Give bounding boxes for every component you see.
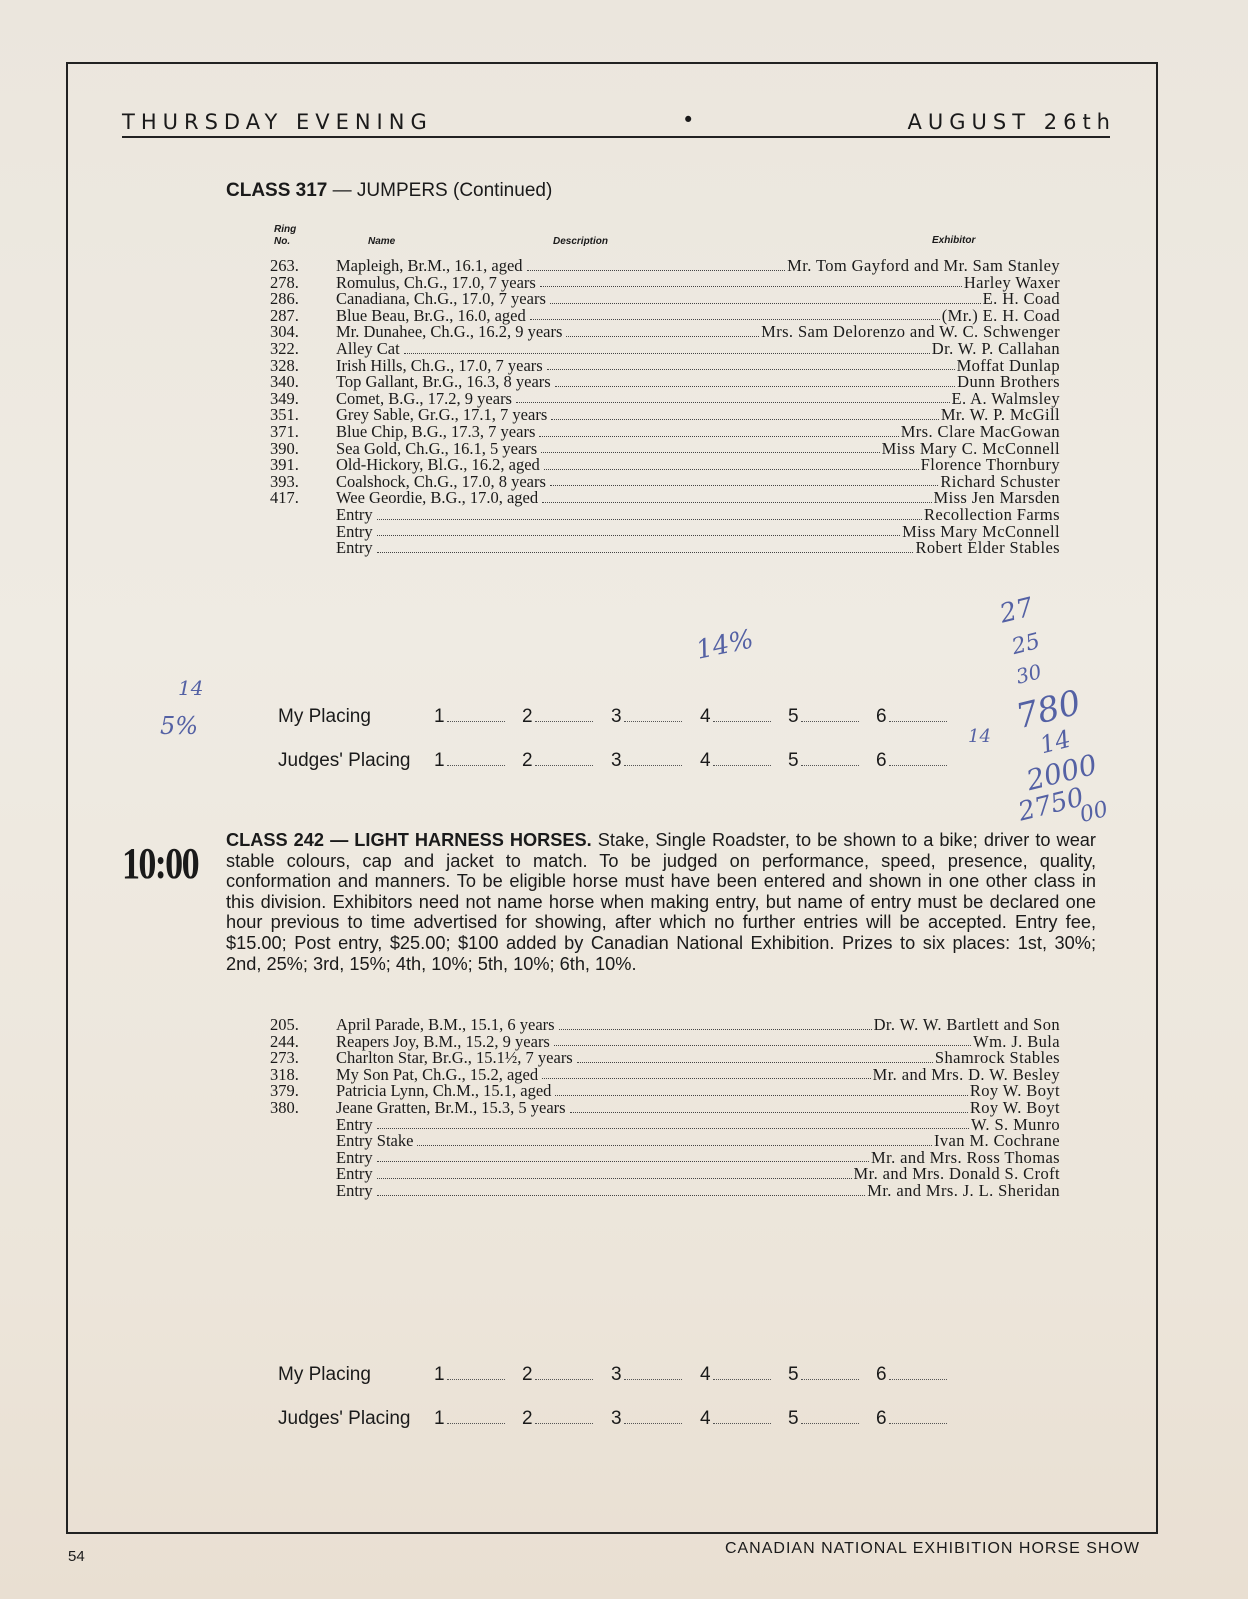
- class-317-name: — JUMPERS (Continued): [333, 180, 553, 201]
- entry-row: EntryMr. and Mrs. J. L. Sheridan: [270, 1183, 1060, 1200]
- my-placing-slot[interactable]: 3: [611, 1364, 682, 1386]
- horse-description: Entry: [336, 1183, 377, 1200]
- slot-blank[interactable]: [713, 1379, 771, 1380]
- slot-number: 4: [700, 750, 711, 771]
- col-exhibitor: Exhibitor: [932, 235, 975, 246]
- slot-number: 6: [876, 706, 887, 727]
- publication-title: CANADIAN NATIONAL EXHIBITION HORSE SHOW: [725, 1540, 1140, 1558]
- slot-blank[interactable]: [624, 721, 682, 722]
- dot-leader: [555, 1095, 967, 1096]
- ring-number: 417.: [270, 490, 336, 507]
- slot-number: 1: [434, 1408, 445, 1429]
- col-name: Name: [368, 236, 395, 247]
- dot-leader: [550, 303, 981, 304]
- dot-leader: [577, 1062, 933, 1063]
- judges-placing-slot[interactable]: 2: [522, 1408, 593, 1430]
- my-placing-slot[interactable]: 4: [700, 706, 771, 728]
- slot-number: 2: [522, 1364, 533, 1385]
- slot-blank[interactable]: [447, 721, 505, 722]
- slot-number: 1: [434, 750, 445, 771]
- judges-placing-slot[interactable]: 6: [876, 1408, 947, 1430]
- slot-number: 4: [700, 1364, 711, 1385]
- judges-placing-slot[interactable]: 3: [611, 750, 682, 772]
- slot-blank[interactable]: [624, 1379, 682, 1380]
- slot-number: 1: [434, 1364, 445, 1385]
- ring-number: 380.: [270, 1100, 336, 1117]
- slot-blank[interactable]: [889, 765, 947, 766]
- dot-leader: [540, 286, 962, 287]
- my-placing-slot[interactable]: 2: [522, 706, 593, 728]
- dot-leader: [550, 485, 939, 486]
- handwriting-left-bottom: 5%: [160, 712, 198, 740]
- dot-leader: [377, 1161, 869, 1162]
- class-242-time: 10:00: [122, 838, 198, 889]
- class-242-placing: My Placing123456Judges' Placing123456: [278, 1364, 978, 1452]
- slot-blank[interactable]: [801, 1423, 859, 1424]
- slot-blank[interactable]: [624, 765, 682, 766]
- my-placing-slot[interactable]: 5: [788, 1364, 859, 1386]
- dot-leader: [555, 386, 955, 387]
- dot-leader: [377, 535, 900, 536]
- header-separator: •: [682, 108, 694, 132]
- slot-blank[interactable]: [447, 765, 505, 766]
- my-placing-slot[interactable]: 4: [700, 1364, 771, 1386]
- header-day: THURSDAY EVENING: [122, 110, 433, 134]
- slot-number: 6: [876, 750, 887, 771]
- slot-number: 2: [522, 706, 533, 727]
- my-placing-row: My Placing123456: [278, 706, 978, 750]
- slot-blank[interactable]: [447, 1379, 505, 1380]
- slot-blank[interactable]: [713, 1423, 771, 1424]
- dot-leader: [377, 552, 914, 553]
- slot-blank[interactable]: [801, 721, 859, 722]
- class-317-entries: 263.Mapleigh, Br.M., 16.1, agedMr. Tom G…: [270, 258, 1060, 557]
- handwriting-right-margin: 14: [968, 726, 991, 747]
- dot-leader: [554, 1045, 971, 1046]
- dot-leader: [542, 502, 931, 503]
- slot-blank[interactable]: [624, 1423, 682, 1424]
- my-placing-slot[interactable]: 1: [434, 1364, 505, 1386]
- slot-number: 6: [876, 1364, 887, 1385]
- header-date: AUGUST 26th: [908, 110, 1116, 134]
- exhibitor: Mr. and Mrs. J. L. Sheridan: [865, 1183, 1060, 1200]
- slot-number: 5: [788, 706, 799, 727]
- slot-blank[interactable]: [535, 721, 593, 722]
- slot-blank[interactable]: [801, 765, 859, 766]
- judges-placing-label: Judges' Placing: [278, 1408, 411, 1430]
- slot-blank[interactable]: [535, 765, 593, 766]
- dot-leader: [542, 1078, 871, 1079]
- dot-leader: [570, 1112, 968, 1113]
- dot-leader: [377, 1128, 969, 1129]
- horse-description: Entry: [336, 540, 377, 557]
- col-description: Description: [553, 236, 608, 247]
- slot-number: 6: [876, 1408, 887, 1429]
- class-317-label: CLASS 317: [226, 180, 327, 201]
- page-number: 54: [68, 1548, 85, 1565]
- slot-number: 3: [611, 1364, 622, 1385]
- dot-leader: [559, 1029, 872, 1030]
- slot-number: 3: [611, 1408, 622, 1429]
- dot-leader: [566, 336, 759, 337]
- dot-leader: [539, 436, 898, 437]
- judges-placing-slot[interactable]: 1: [434, 750, 505, 772]
- class-317-placing: My Placing123456Judges' Placing123456: [278, 706, 978, 794]
- slot-blank[interactable]: [889, 721, 947, 722]
- judges-placing-row: Judges' Placing123456: [278, 750, 978, 794]
- slot-number: 4: [700, 706, 711, 727]
- dot-leader: [547, 369, 955, 370]
- dot-leader: [417, 1145, 932, 1146]
- dot-leader: [516, 402, 950, 403]
- my-placing-row: My Placing123456: [278, 1364, 978, 1408]
- judges-placing-slot[interactable]: 5: [788, 750, 859, 772]
- my-placing-slot[interactable]: 1: [434, 706, 505, 728]
- exhibitor: Robert Elder Stables: [913, 540, 1060, 557]
- judges-placing-slot[interactable]: 4: [700, 1408, 771, 1430]
- page-header: THURSDAY EVENING • AUGUST 26th: [122, 110, 1110, 138]
- col-ring-no: Ring No.: [274, 224, 304, 248]
- slot-blank[interactable]: [889, 1379, 947, 1380]
- judges-placing-slot[interactable]: 3: [611, 1408, 682, 1430]
- my-placing-slot[interactable]: 3: [611, 706, 682, 728]
- judges-placing-label: Judges' Placing: [278, 750, 411, 772]
- slot-number: 2: [522, 1408, 533, 1429]
- class-242-description: Stake, Single Roadster, to be shown to a…: [226, 830, 1096, 974]
- slot-blank[interactable]: [535, 1423, 593, 1424]
- slot-blank[interactable]: [801, 1379, 859, 1380]
- entry-row: 380.Jeane Gratten, Br.M., 15.3, 5 yearsR…: [270, 1100, 1060, 1117]
- slot-number: 3: [611, 706, 622, 727]
- slot-number: 5: [788, 1364, 799, 1385]
- class-242-label: CLASS 242 — LIGHT HARNESS HORSES.: [226, 830, 592, 850]
- slot-number: 3: [611, 750, 622, 771]
- judges-placing-slot[interactable]: 2: [522, 750, 593, 772]
- judges-placing-slot[interactable]: 1: [434, 1408, 505, 1430]
- slot-blank[interactable]: [889, 1423, 947, 1424]
- my-placing-slot[interactable]: 2: [522, 1364, 593, 1386]
- dot-leader: [377, 1195, 866, 1196]
- class-317-title: CLASS 317 — JUMPERS (Continued): [226, 180, 552, 202]
- judges-placing-row: Judges' Placing123456: [278, 1408, 978, 1452]
- my-placing-label: My Placing: [278, 1364, 371, 1386]
- slot-blank[interactable]: [535, 1379, 593, 1380]
- dot-leader: [404, 353, 930, 354]
- dot-leader: [544, 469, 919, 470]
- dot-leader: [377, 519, 922, 520]
- entry-row: EntryRobert Elder Stables: [270, 540, 1060, 557]
- slot-number: 5: [788, 1408, 799, 1429]
- dot-leader: [377, 1178, 852, 1179]
- slot-blank[interactable]: [713, 765, 771, 766]
- slot-number: 2: [522, 750, 533, 771]
- handwriting-left-top: 14: [178, 676, 203, 700]
- slot-blank[interactable]: [447, 1423, 505, 1424]
- dot-leader: [527, 270, 786, 271]
- slot-number: 5: [788, 750, 799, 771]
- column-headers: Ring No. Name Description Exhibitor: [270, 228, 1060, 254]
- judges-placing-slot[interactable]: 6: [876, 750, 947, 772]
- dot-leader: [530, 319, 940, 320]
- dot-leader: [541, 452, 879, 453]
- class-242-entries: 205.April Parade, B.M., 15.1, 6 yearsDr.…: [270, 1017, 1060, 1200]
- my-placing-slot[interactable]: 5: [788, 706, 859, 728]
- slot-number: 4: [700, 1408, 711, 1429]
- entry-row: EntryRecollection Farms: [270, 507, 1060, 524]
- judges-placing-slot[interactable]: 5: [788, 1408, 859, 1430]
- class-242-description-block: CLASS 242 — LIGHT HARNESS HORSES. Stake,…: [226, 830, 1096, 974]
- my-placing-label: My Placing: [278, 706, 371, 728]
- my-placing-slot[interactable]: 6: [876, 706, 947, 728]
- judges-placing-slot[interactable]: 4: [700, 750, 771, 772]
- my-placing-slot[interactable]: 6: [876, 1364, 947, 1386]
- slot-number: 1: [434, 706, 445, 727]
- dot-leader: [551, 419, 939, 420]
- slot-blank[interactable]: [713, 721, 771, 722]
